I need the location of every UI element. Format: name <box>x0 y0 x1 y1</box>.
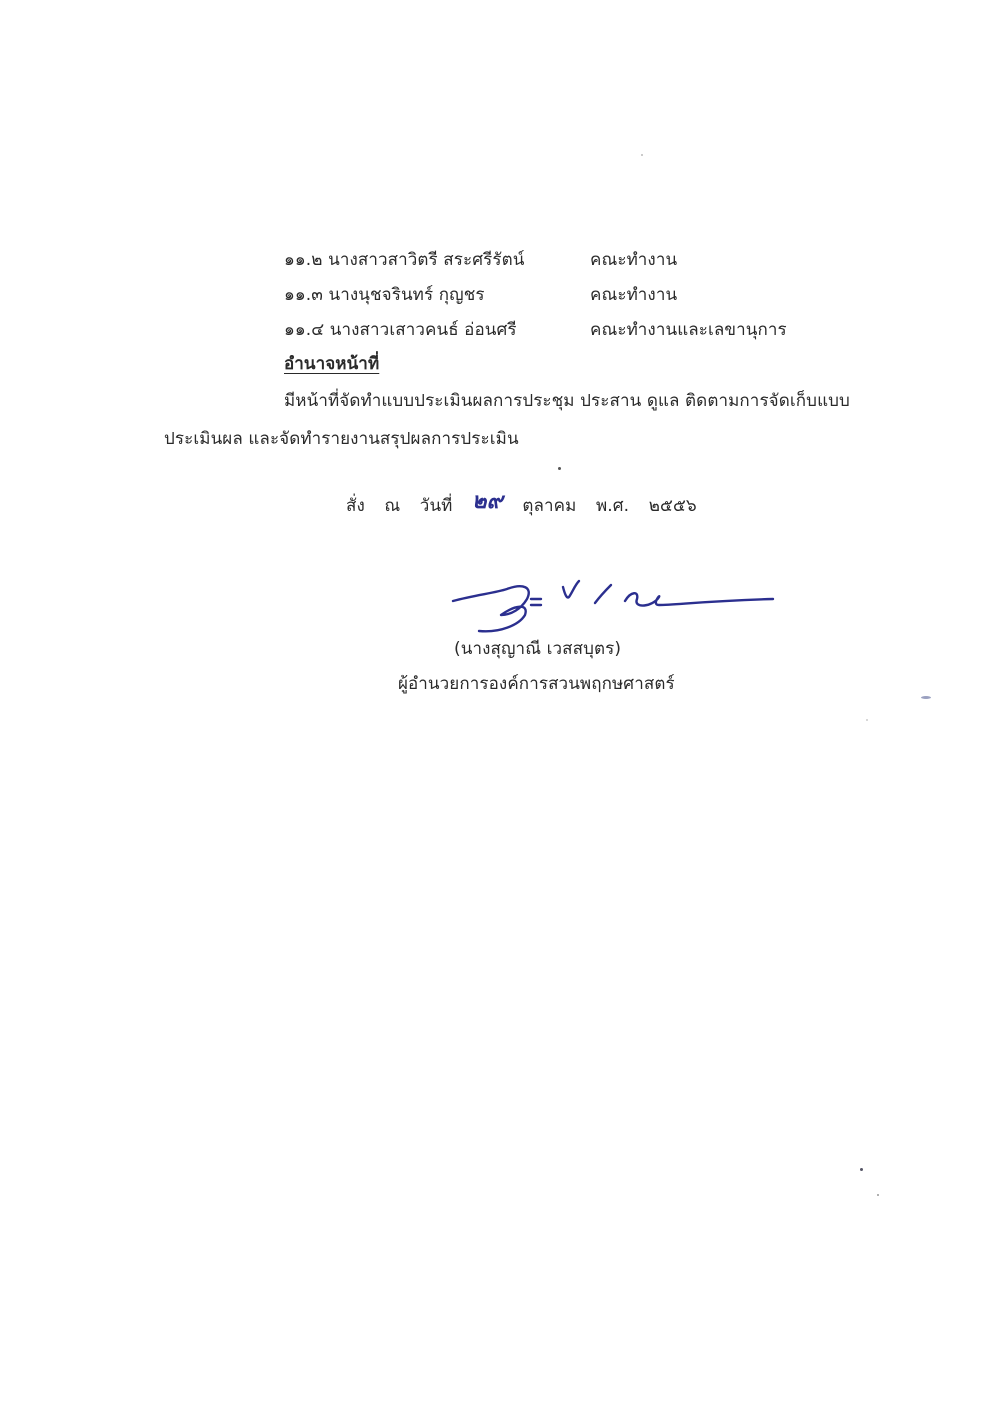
signature-mark <box>445 565 785 640</box>
duties-text-line-1: มีหน้าที่จัดทำแบบประเมินผลการประชุม ประส… <box>284 390 850 412</box>
member-role: คณะทำงานและเลขานุการ <box>590 319 787 341</box>
signer-title: ผู้อำนวยการองค์การสวนพฤกษศาสตร์ <box>398 673 675 695</box>
order-date: สั่ง ณ วันที่ ๒๙ ตุลาคม พ.ศ. ๒๕๕๖ <box>346 494 711 517</box>
scan-speck <box>641 154 643 156</box>
member-row-11-3: ๑๑.๓ นางนุชจรินทร์ กุญชร <box>284 284 485 306</box>
order-prefix: สั่ง <box>346 496 365 516</box>
scan-speck <box>866 719 868 721</box>
order-year: ๒๕๕๖ <box>649 496 697 516</box>
member-row-11-4: ๑๑.๔ นางสาวเสาวคนธ์ อ่อนศรี <box>284 319 517 341</box>
order-month: ตุลาคม <box>522 496 576 516</box>
member-number: ๑๑.๔ <box>284 320 324 340</box>
order-day-label: วันที่ <box>420 496 453 516</box>
member-row-11-2: ๑๑.๒ นางสาวสาวิตรี สระศรีรัตน์ <box>284 249 524 271</box>
scan-speck <box>877 1194 879 1196</box>
member-role: คณะทำงาน <box>590 284 677 306</box>
member-name: นางสาวเสาวคนธ์ อ่อนศรี <box>330 320 517 340</box>
member-name: นางสาวสาวิตรี สระศรีรัตน์ <box>328 250 524 270</box>
handwritten-day: ๒๙ <box>472 489 503 514</box>
scan-speck <box>558 467 561 470</box>
member-number: ๑๑.๒ <box>284 250 323 270</box>
order-era: พ.ศ. <box>596 496 629 516</box>
scan-speck <box>860 1168 863 1171</box>
document-page: ๑๑.๒ นางสาวสาวิตรี สระศรีรัตน์ คณะทำงาน … <box>0 0 1000 1414</box>
member-name: นางนุชจรินทร์ กุญชร <box>329 285 485 305</box>
scan-speck <box>921 696 931 699</box>
duties-text-line-2: ประเมินผล และจัดทำรายงานสรุปผลการประเมิน <box>164 428 519 450</box>
signer-name: (นางสุญาณี เวสสบุตร) <box>454 638 621 660</box>
order-at: ณ <box>384 496 400 516</box>
duties-heading: อำนาจหน้าที่ <box>284 353 379 375</box>
member-number: ๑๑.๓ <box>284 285 323 305</box>
member-role: คณะทำงาน <box>590 249 677 271</box>
